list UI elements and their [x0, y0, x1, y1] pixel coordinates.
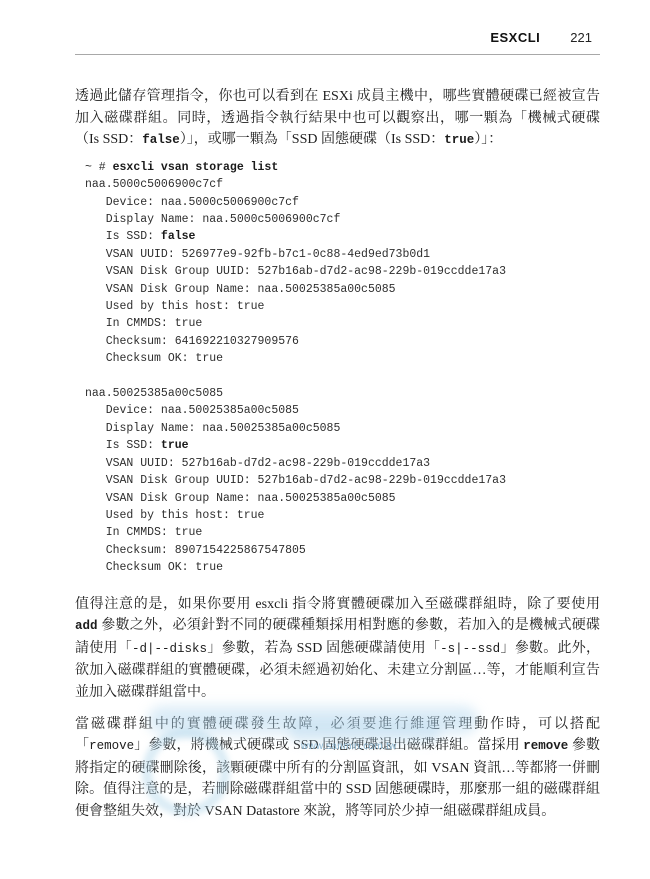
text-segment: 」參數，若為 SSD 固態硬碟請使用「	[207, 641, 440, 656]
text-segment: Checksum OK: true	[85, 561, 223, 574]
header-divider	[75, 54, 600, 55]
text-segment: remove	[89, 739, 134, 753]
text-segment: In CMMDS: true	[85, 317, 202, 330]
terminal-line	[85, 368, 600, 385]
text-segment: Display Name: naa.50025385a00c5085	[85, 422, 340, 435]
text-segment: naa.50025385a00c5085	[85, 387, 223, 400]
terminal-line: VSAN UUID: 526977e9-92fb-b7c1-0c88-4ed9e…	[85, 246, 600, 263]
terminal-line: VSAN Disk Group UUID: 527b16ab-d7d2-ac98…	[85, 472, 600, 489]
page-number: 221	[570, 30, 592, 45]
paragraph-add-params: 值得注意的是，如果你要用 esxcli 指令將實體硬碟加入至磁碟群組時，除了要使…	[75, 594, 600, 704]
chapter-title: ESXCLI	[490, 30, 540, 45]
text-segment: esxcli vsan storage list	[113, 161, 279, 174]
terminal-line: VSAN Disk Group UUID: 527b16ab-d7d2-ac98…	[85, 263, 600, 280]
text-segment: Checksum OK: true	[85, 352, 223, 365]
terminal-line: VSAN UUID: 527b16ab-d7d2-ac98-229b-019cc…	[85, 455, 600, 472]
text-segment: add	[75, 619, 98, 633]
terminal-line: In CMMDS: true	[85, 524, 600, 541]
text-segment: Used by this host: true	[85, 300, 264, 313]
terminal-line: Device: naa.5000c5006900c7cf	[85, 194, 600, 211]
text-segment: -s|--ssd	[440, 642, 500, 656]
text-segment: ~ #	[85, 161, 113, 174]
terminal-line: VSAN Disk Group Name: naa.50025385a00c50…	[85, 281, 600, 298]
text-segment: Display Name: naa.5000c5006900c7cf	[85, 213, 340, 226]
text-segment: Checksum: 641692210327909576	[85, 335, 299, 348]
text-segment: VSAN Disk Group Name: naa.50025385a00c50…	[85, 492, 396, 505]
text-segment: -d|--disks	[132, 642, 207, 656]
running-header: ESXCLI 221	[0, 0, 650, 45]
terminal-line: Display Name: naa.5000c5006900c7cf	[85, 211, 600, 228]
text-segment: Device: naa.50025385a00c5085	[85, 404, 299, 417]
text-segment: naa.5000c5006900c7cf	[85, 178, 223, 191]
terminal-line: Used by this host: true	[85, 507, 600, 524]
terminal-line: ~ # esxcli vsan storage list	[85, 159, 600, 176]
text-segment: VSAN Disk Group Name: naa.50025385a00c50…	[85, 283, 396, 296]
paragraph-intro: 透過此儲存管理指令，你也可以看到在 ESXi 成員主機中，哪些實體硬碟已經被宣告…	[75, 86, 600, 152]
text-segment: In CMMDS: true	[85, 526, 202, 539]
text-segment: VSAN UUID: 526977e9-92fb-b7c1-0c88-4ed9e…	[85, 248, 430, 261]
text-segment: false	[142, 133, 180, 147]
text-segment: Is SSD:	[85, 230, 161, 243]
text-segment: VSAN Disk Group UUID: 527b16ab-d7d2-ac98…	[85, 265, 506, 278]
document-page: ESXCLI 221 透過此儲存管理指令，你也可以看到在 ESXi 成員主機中，…	[0, 0, 650, 879]
text-segment: ）」：	[474, 132, 502, 147]
terminal-line: Device: naa.50025385a00c5085	[85, 402, 600, 419]
terminal-line: Checksum OK: true	[85, 350, 600, 367]
terminal-line: Display Name: naa.50025385a00c5085	[85, 420, 600, 437]
paragraph-remove-params: 當磁碟群組中的實體硬碟發生故障，必須要進行維運管理動作時，可以搭配「remove…	[75, 714, 600, 823]
terminal-line: naa.50025385a00c5085	[85, 385, 600, 402]
terminal-output-block: ~ # esxcli vsan storage listnaa.5000c500…	[85, 159, 600, 577]
text-segment: VSAN Disk Group UUID: 527b16ab-d7d2-ac98…	[85, 474, 506, 487]
text-segment: Device: naa.5000c5006900c7cf	[85, 196, 299, 209]
text-segment: Is SSD:	[85, 439, 161, 452]
text-segment: true	[444, 133, 474, 147]
text-segment: false	[161, 230, 196, 243]
terminal-line: naa.5000c5006900c7cf	[85, 176, 600, 193]
terminal-line: VSAN Disk Group Name: naa.50025385a00c50…	[85, 490, 600, 507]
text-segment: 」參數，將機械式硬碟或 SSD 固態硬碟退出磁碟群組。當採用	[134, 738, 523, 753]
text-segment: true	[161, 439, 189, 452]
terminal-line: Is SSD: false	[85, 228, 600, 245]
terminal-line: Checksum: 641692210327909576	[85, 333, 600, 350]
terminal-line: Used by this host: true	[85, 298, 600, 315]
text-segment: ）」，或哪一顆為「SSD 固態硬碟（Is SSD：	[180, 132, 444, 147]
terminal-line: Is SSD: true	[85, 437, 600, 454]
text-segment: Used by this host: true	[85, 509, 264, 522]
text-segment: remove	[523, 739, 568, 753]
terminal-line: In CMMDS: true	[85, 315, 600, 332]
text-segment: VSAN UUID: 527b16ab-d7d2-ac98-229b-019cc…	[85, 457, 430, 470]
text-segment: Checksum: 8907154225867547805	[85, 544, 306, 557]
page-content: 透過此儲存管理指令，你也可以看到在 ESXi 成員主機中，哪些實體硬碟已經被宣告…	[0, 86, 650, 822]
text-segment: 值得注意的是，如果你要用 esxcli 指令將實體硬碟加入至磁碟群組時，除了要使…	[75, 597, 600, 612]
terminal-line: Checksum: 8907154225867547805	[85, 542, 600, 559]
terminal-line: Checksum OK: true	[85, 559, 600, 576]
